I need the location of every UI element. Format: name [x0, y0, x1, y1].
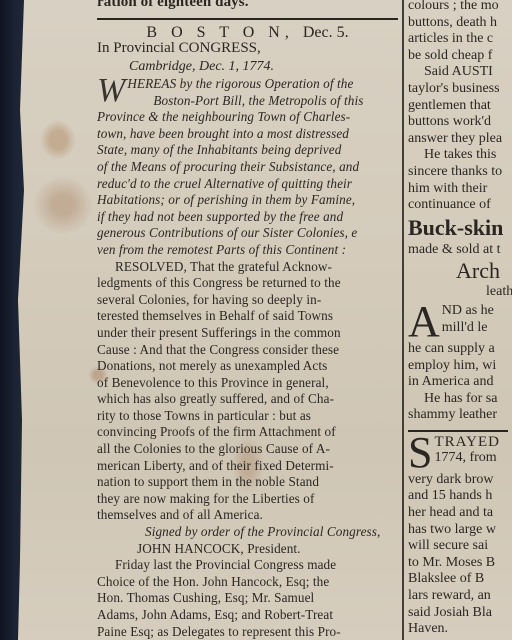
strayed-advert: S TRAYED 1774, from very dark brow and 1… — [408, 434, 512, 638]
advert-line: in America and — [408, 374, 512, 391]
article-body: W HEREAS by the rigorous Operation of th… — [97, 76, 398, 640]
advert-line: articles in the c — [408, 31, 512, 48]
text-line: Adams, John Adams, Esq; and Robert-Treat — [97, 607, 398, 624]
advert-line: He takes this — [408, 147, 512, 164]
text-line: Friday last the Provincial Congress made — [97, 557, 398, 574]
text-line: which has also greatly suffered, and of … — [97, 391, 398, 408]
advert-line: said Josiah Bla — [408, 605, 512, 622]
text-line: town, have been brought into a most dist… — [97, 126, 398, 143]
preceding-article-fragment: ration of eighteen days. — [97, 0, 249, 11]
text-line: generous Contributions of our Sister Col… — [97, 225, 398, 242]
text-line: ledgments of this Congress be returned t… — [97, 275, 398, 292]
advert-line: shammy leather — [408, 407, 512, 424]
right-advert-column: colours ; the mo buttons, death h articl… — [408, 0, 512, 638]
text-line: rity to those Towns in particular : but … — [97, 408, 398, 425]
advert-line: him with their — [408, 181, 512, 198]
advert-line: continuance of — [408, 197, 512, 214]
text-line: State, many of the Inhabitants being dep… — [97, 142, 398, 159]
text-line: Province & the neighbouring Town of Char… — [97, 109, 398, 126]
dateline-city: B O S T O N, — [146, 24, 293, 41]
text-line: nation to support them in the noble Stan… — [97, 474, 398, 491]
column-rule — [402, 0, 404, 640]
text-line: themselves and of all America. — [97, 507, 398, 524]
advert-line: and 15 hands h — [408, 488, 512, 505]
advert-line: to Mr. Moses B — [408, 555, 512, 572]
text-line: reduc'd to the cruel Alternative of quit… — [97, 176, 398, 193]
drop-cap: S — [408, 434, 432, 472]
signer-name: JOHN HANCOCK, President. — [97, 541, 398, 558]
advert-line: Haven. — [408, 621, 512, 638]
advert-line: He has for sa — [408, 391, 512, 408]
text-line: terested themselves in Behalf of said To… — [97, 308, 398, 325]
advert-headline: Buck-skin — [408, 214, 512, 242]
text-line: several Colonies, for having so deeply i… — [97, 292, 398, 309]
text-line: of the Means of procuring their Subsista… — [97, 159, 398, 176]
text-line: merican Liberty, and of their fixed Dete… — [97, 458, 398, 475]
advert-line: gentlemen that — [408, 98, 512, 115]
advert-line: colours ; the mo — [408, 0, 512, 15]
text-line: if they had not been supported by the fr… — [97, 209, 398, 226]
advert-line: has two large w — [408, 522, 512, 539]
section-divider — [97, 18, 398, 20]
text-line: all the Colonies to the glorious Cause o… — [97, 441, 398, 458]
text-line: Choice of the Hon. John Hancock, Esq; th… — [97, 574, 398, 591]
text-line: Paine Esq; as Delegates to represent thi… — [97, 624, 398, 640]
advert-line: he can supply a — [408, 341, 512, 358]
advert-line: sincere thanks to — [408, 164, 512, 181]
advert-line: buttons, death h — [408, 15, 512, 32]
text-line: Donations, not merely as unexampled Acts — [97, 358, 398, 375]
article-heading: In Provincial CONGRESS, — [97, 40, 261, 57]
text-line: Boston-Port Bill, the Metropolis of this — [127, 93, 398, 110]
advert-line: employ him, wi — [408, 358, 512, 375]
advert-name-fragment: Arch — [408, 258, 512, 284]
signature-line: Signed by order of the Provincial Congre… — [97, 524, 398, 541]
text-line: Hon. Thomas Cushing, Esq; Mr. Samuel — [97, 590, 398, 607]
text-line: convincing Proofs of the firm Attachment… — [97, 424, 398, 441]
dateline-date: Dec. 5. — [303, 24, 349, 41]
advert-line: Blakslee of B — [408, 571, 512, 588]
text-line: ven from the remotest Parts of this Cont… — [97, 242, 398, 259]
advert-line: will secure sai — [408, 538, 512, 555]
text-line: HEREAS by the rigorous Operation of the — [127, 76, 398, 93]
advert-line: answer they plea — [408, 131, 512, 148]
advert-line: Said AUSTI — [408, 64, 512, 81]
advert-line: very dark brow — [408, 472, 512, 489]
advert-block: A ND as he mill'd le he can supply a emp… — [408, 303, 512, 424]
advert-line: made & sold at t — [408, 242, 512, 259]
drop-cap: A — [408, 303, 440, 341]
advert-line: her head and ta — [408, 505, 512, 522]
advert-line: be sold cheap f — [408, 48, 512, 65]
text-line: they are now making for the Liberties of — [97, 491, 398, 508]
text-line: Cause : And that the Congress consider t… — [97, 342, 398, 359]
text-line: Habitations; or of perishing in them by … — [97, 192, 398, 209]
place-date: Cambridge, Dec. 1, 1774. — [129, 59, 274, 75]
advert-line: buttons work'd — [408, 114, 512, 131]
text-line: under their present Sufferings in the co… — [97, 325, 398, 342]
text-line: of Benevolence to this Province in gener… — [97, 375, 398, 392]
drop-cap: W — [97, 76, 125, 106]
resolved-line: RESOLVED, That the grateful Acknow- — [97, 259, 398, 276]
advert-line: taylor's business — [408, 81, 512, 98]
advert-line: lars reward, an — [408, 588, 512, 605]
